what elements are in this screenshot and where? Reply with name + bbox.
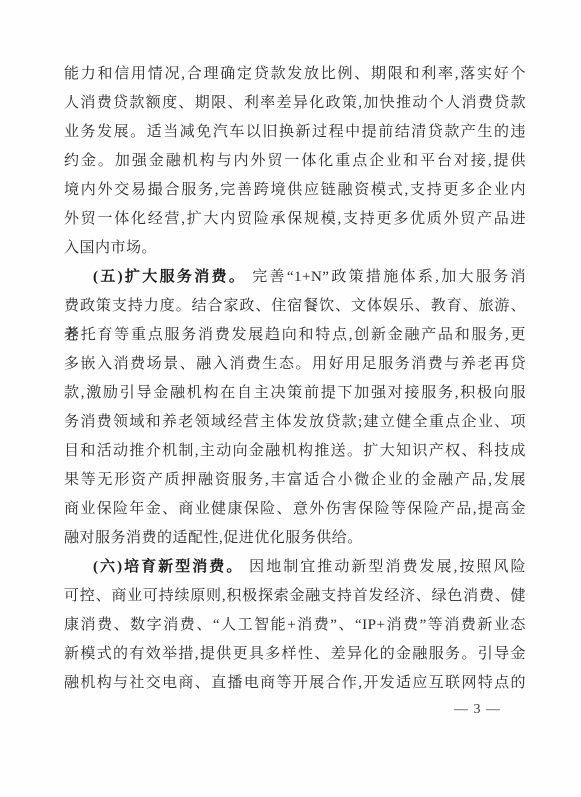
text-line: 康消费、数字消费、“人工智能+消费”、“IP+消费”等消费新业态: [64, 611, 526, 640]
text-line: 款,激励引导金融机构在自主决策前提下加强对接服务,积极向服: [64, 379, 526, 408]
text-line: 业务发展。适当减免汽车以旧换新过程中提前结清贷款产生的违: [64, 118, 526, 147]
document-page: 能力和信用情况,合理确定贷款发放比例、期限和利率,落实好个人消费贷款额度、期限、…: [0, 0, 581, 797]
text-line: 商业保险年金、商业健康保险、意外伤害保险等保险产品,提高金: [64, 495, 526, 524]
text-line: 老托育等重点服务消费发展趋向和特点,创新金融产品和服务,更: [64, 321, 526, 350]
text-line: 约金。加强金融机构与内外贸一体化重点企业和平台对接,提供: [64, 147, 526, 176]
text-line: 务消费领域和养老领域经营主体发放贷款;建立健全重点企业、项: [64, 408, 526, 437]
section-heading: (五)扩大服务消费。: [93, 269, 246, 285]
page-number: — 3 —: [454, 702, 501, 718]
text-line: 外贸一体化经营,扩大内贸险承保规模,支持更多优质外贸产品进: [64, 205, 526, 234]
text-line: (五)扩大服务消费。 完善“1+N”政策措施体系,加大服务消: [64, 263, 526, 292]
text-line: 人消费贷款额度、期限、利率差异化政策,加快推动个人消费贷款: [64, 89, 526, 118]
text-line: 融机构与社交电商、直播电商等开展合作,开发适应互联网特点的: [64, 669, 526, 698]
text-line: 目和活动推介机制,主动向金融机构推送。扩大知识产权、科技成: [64, 437, 526, 466]
text-line: (六)培育新型消费。 因地制宜推动新型消费发展,按照风险: [64, 553, 526, 582]
text-line: 新模式的有效举措,提供更具多样性、差异化的金融服务。引导金: [64, 640, 526, 669]
text-line: 境内外交易撮合服务,完善跨境供应链融资模式,支持更多企业内: [64, 176, 526, 205]
text-line: 融对服务消费的适配性,促进优化服务供给。: [64, 524, 526, 553]
section-heading: (六)培育新型消费。: [93, 559, 243, 575]
text-line: 可控、商业可持续原则,积极探索金融支持首发经济、绿色消费、健: [64, 582, 526, 611]
text-line: 入国内市场。: [64, 234, 526, 263]
text-line: 费政策支持力度。结合家政、住宿餐饮、文体娱乐、教育、旅游、养: [64, 292, 526, 321]
text-line: 果等无形资产质押融资服务,丰富适合小微企业的金融产品,发展: [64, 466, 526, 495]
text-line: 多嵌入消费场景、融入消费生态。用好用足服务消费与养老再贷: [64, 350, 526, 379]
text-line: 能力和信用情况,合理确定贷款发放比例、期限和利率,落实好个: [64, 60, 526, 89]
text-lines: 能力和信用情况,合理确定贷款发放比例、期限和利率,落实好个人消费贷款额度、期限、…: [64, 60, 526, 698]
